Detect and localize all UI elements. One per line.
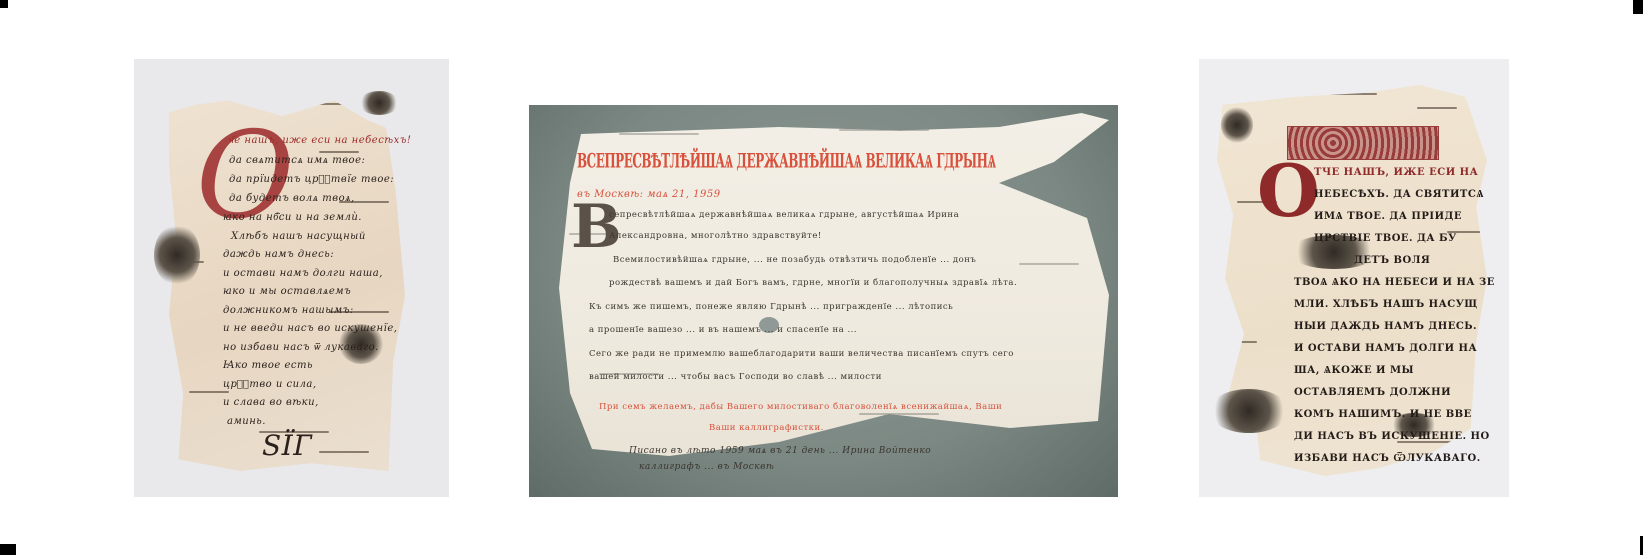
photo-middle-manuscript: ВСЕПРЕСВѢТЛѢЙШАѦ ДЕРЖАВНѢЙШАѦ ВЕЛИКАѦ ГД… <box>529 105 1118 497</box>
bark-knot <box>359 91 399 115</box>
corner-mark-top-right <box>1633 0 1643 14</box>
bark-knot <box>154 224 200 286</box>
photo-left-manuscript: О ч҃е нашъ, иже еси на небесѣхъ! да свѧт… <box>134 59 449 497</box>
bark-knot <box>1209 389 1289 433</box>
bark-knot <box>1221 107 1253 143</box>
corner-mark-top-left <box>0 0 8 8</box>
illuminated-initial: В <box>571 197 622 257</box>
manuscript-header: ВСЕПРЕСВѢТЛѢЙШАѦ ДЕРЖАВНѢЙШАѦ ВЕЛИКАѦ ГД… <box>577 150 996 174</box>
signature-flourish: ЅЇГ <box>262 429 312 462</box>
photo-right-manuscript: О ТЧЕ НАШЪ, ИЖЕ ЕСИ НА НЕБЕСѢХЪ. ДА СВЯТ… <box>1199 59 1509 497</box>
illuminated-initial: О <box>1257 155 1320 227</box>
corner-mark-bottom-left <box>0 544 16 555</box>
